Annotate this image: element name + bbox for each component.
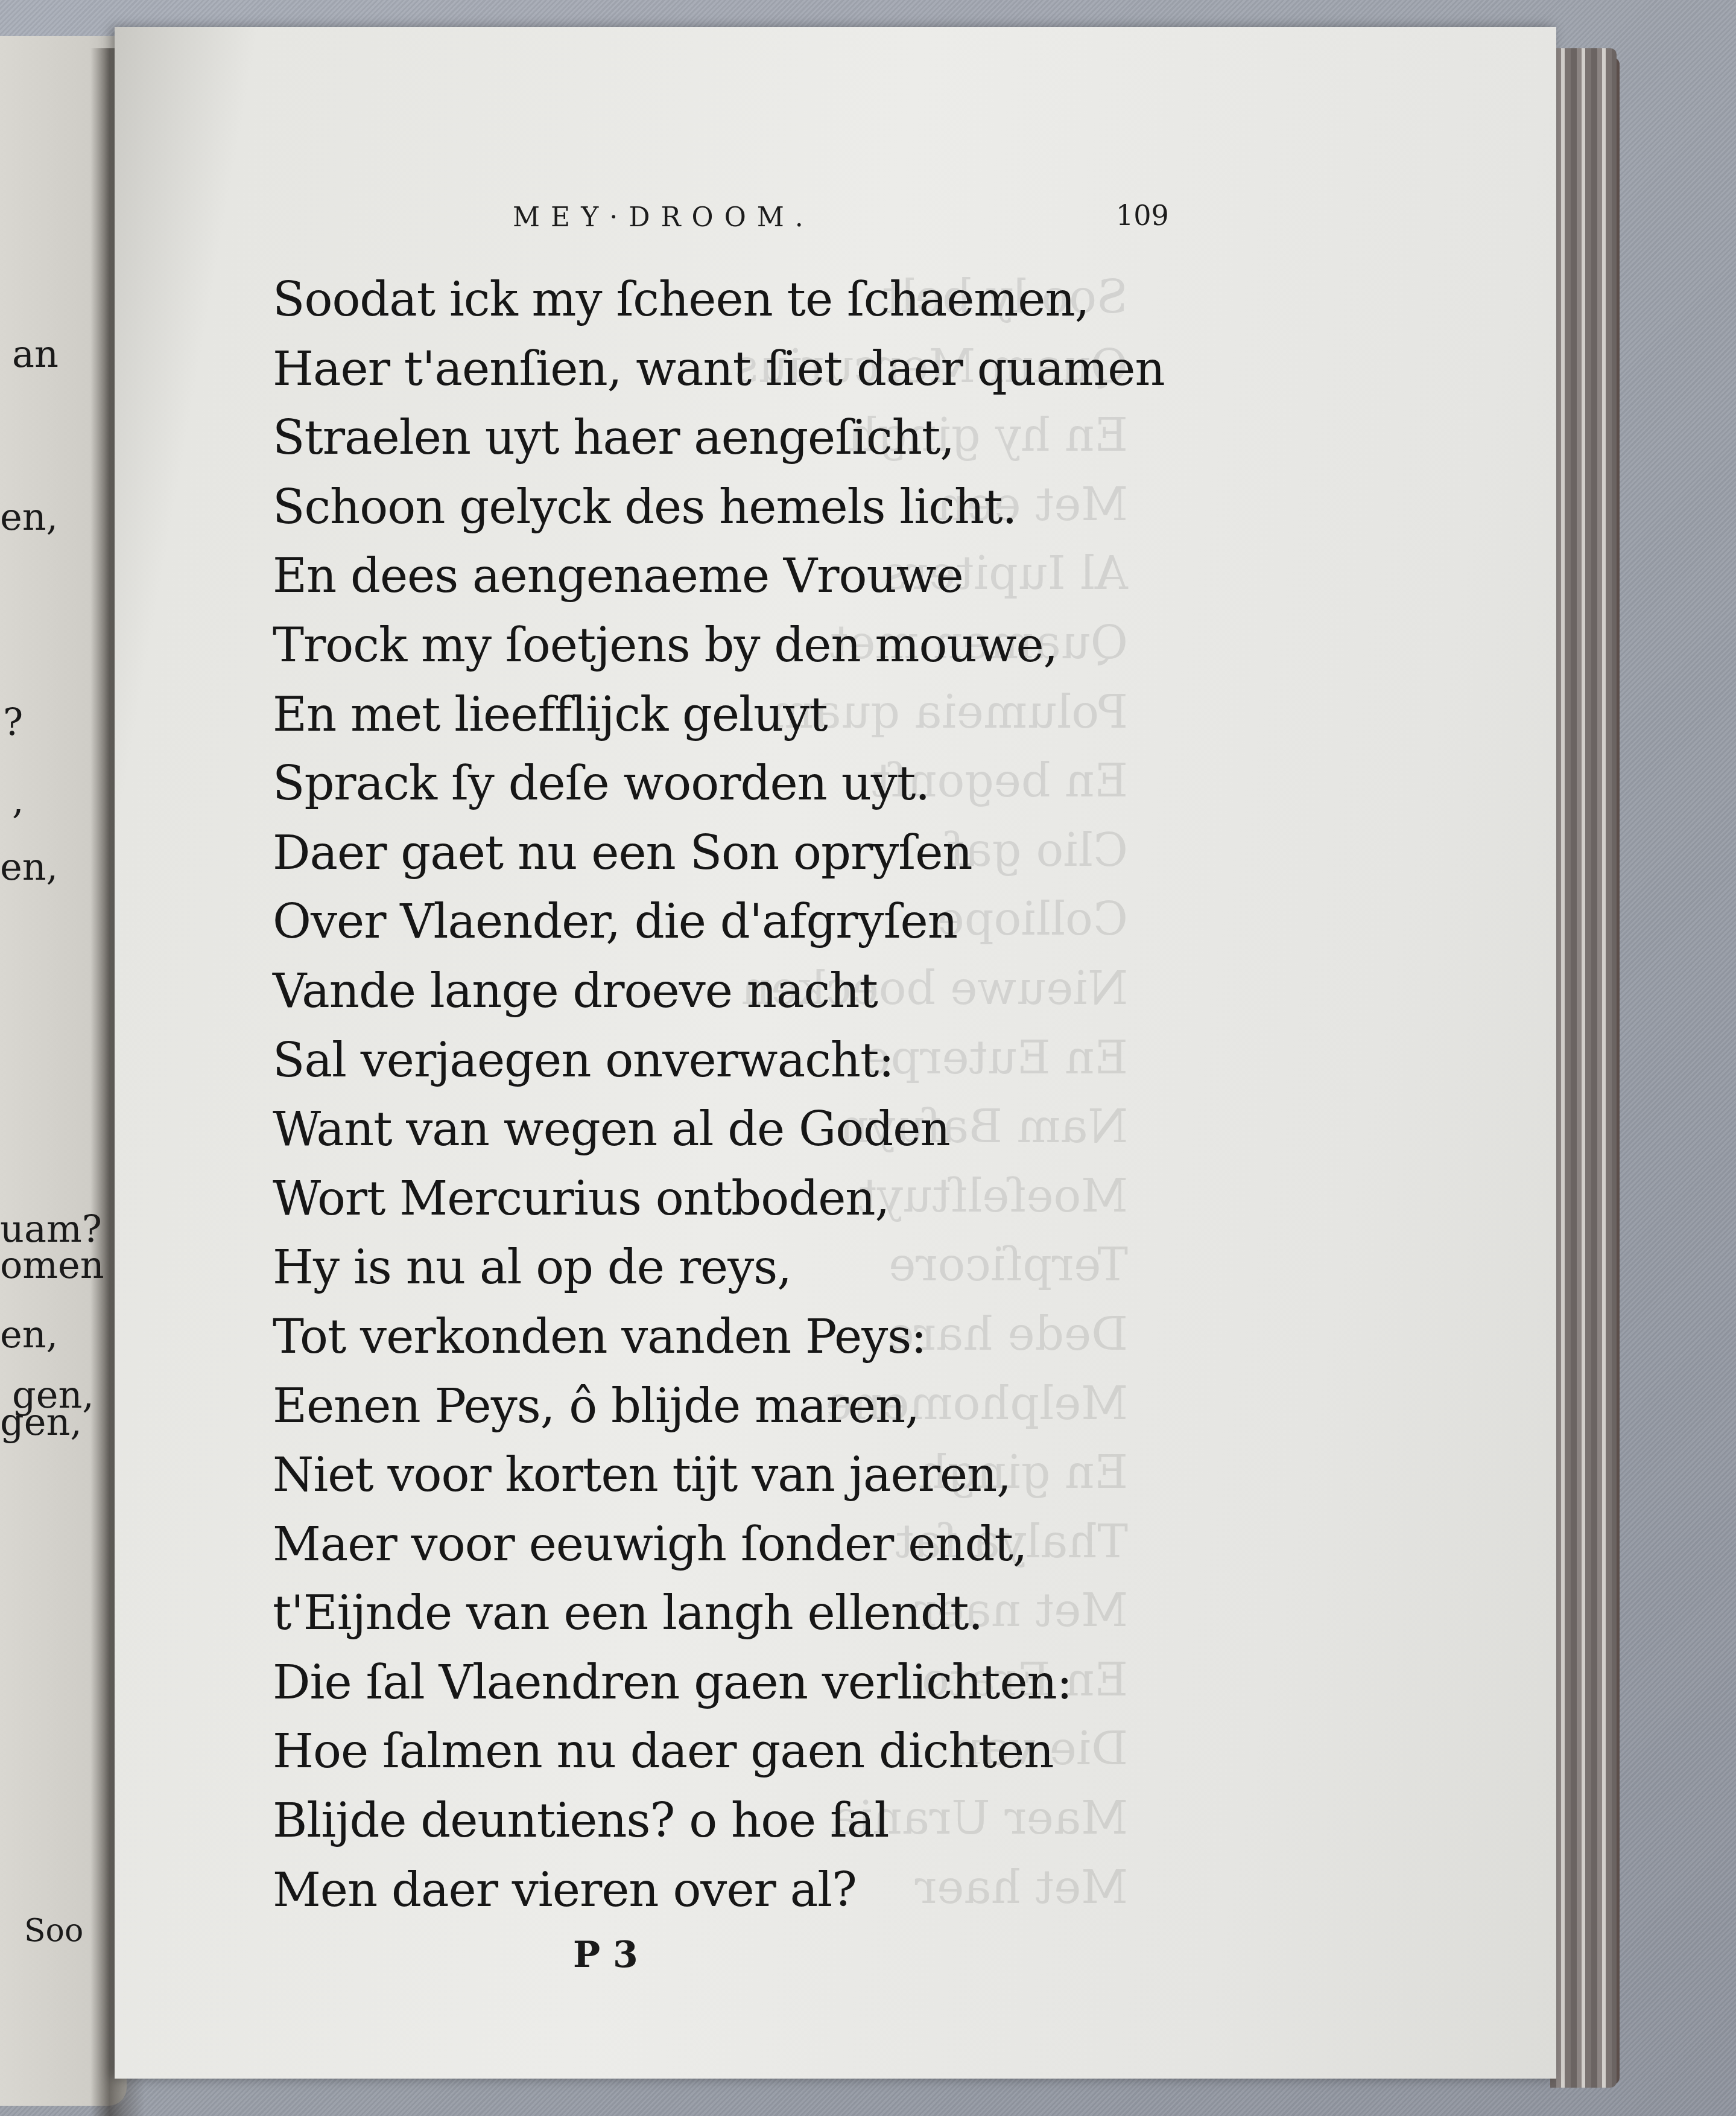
verse-line: En dees aengenaeme Vrouwe <box>273 542 1177 611</box>
left-catchword: Soo <box>24 1913 83 1949</box>
verse-line: Daer gaet nu een Son opryſen <box>273 819 1177 888</box>
verse-line: Over Vlaender, die d'afgryſen <box>273 888 1177 957</box>
verse-line: Vande lange droeve nacht <box>273 957 1177 1026</box>
verse-line: Men daer vieren over al? <box>273 1856 1177 1925</box>
left-fragment: en, <box>0 495 58 539</box>
verse-line: Sprack ſy deſe woorden uyt. <box>273 749 1177 819</box>
verse-line: Niet voor korten tijt van jaeren, <box>273 1441 1177 1510</box>
verse-line: Blijde deuntiens? o hoe ſal <box>273 1787 1177 1856</box>
verse-line: Schoon gelyck des hemels licht. <box>273 473 1177 542</box>
verse-line: Soodat ick my ſcheen te ſchaemen, <box>273 265 1177 335</box>
left-fragment: omen <box>0 1243 104 1287</box>
left-fragment: an <box>12 332 59 376</box>
right-page: Soo ly belt Quam Mercurius En hy gingh M… <box>115 27 1556 2079</box>
left-fragment: gen, <box>0 1400 82 1444</box>
verse-line: Sal verjaegen onverwacht: <box>273 1026 1177 1096</box>
left-fragment: en, <box>0 1312 58 1356</box>
left-fragment: en, <box>0 845 58 889</box>
verse-line: En met lieefflijck geluyt <box>273 681 1177 750</box>
page-number: 109 <box>1116 199 1169 232</box>
verse-line: Haer t'aenſien, want ſiet daer quamen <box>273 335 1177 404</box>
poem-verse: Soodat ick my ſcheen te ſchaemen, Haer t… <box>273 265 1177 1925</box>
left-fragment: , <box>12 778 24 822</box>
verse-line: Eenen Peys, ô blijde maren, <box>273 1372 1177 1441</box>
verse-line: Maer voor eeuwigh ſonder endt, <box>273 1510 1177 1580</box>
verse-line: Tot verkonden vanden Peys: <box>273 1303 1177 1372</box>
running-head: MEY·DROOM. <box>513 202 814 233</box>
verse-line: t'Eijnde van een langh ellendt. <box>273 1579 1177 1648</box>
verse-line: Wort Mercurius ontboden, <box>273 1164 1177 1234</box>
verse-line: Hoe ſalmen nu daer gaen dichten <box>273 1717 1177 1787</box>
verse-line: Straelen uyt haer aengeſicht, <box>273 404 1177 473</box>
verse-line: Trock my ſoetjens by den mouwe, <box>273 611 1177 681</box>
verse-line: Hy is nu al op de reys, <box>273 1233 1177 1303</box>
signature-mark: P 3 <box>573 1934 638 1976</box>
verse-line: Want van wegen al de Goden <box>273 1095 1177 1164</box>
left-fragment: ? <box>3 700 23 744</box>
page-block-edge <box>1550 48 1617 2088</box>
verse-line: Die ſal Vlaendren gaen verlichten: <box>273 1648 1177 1718</box>
